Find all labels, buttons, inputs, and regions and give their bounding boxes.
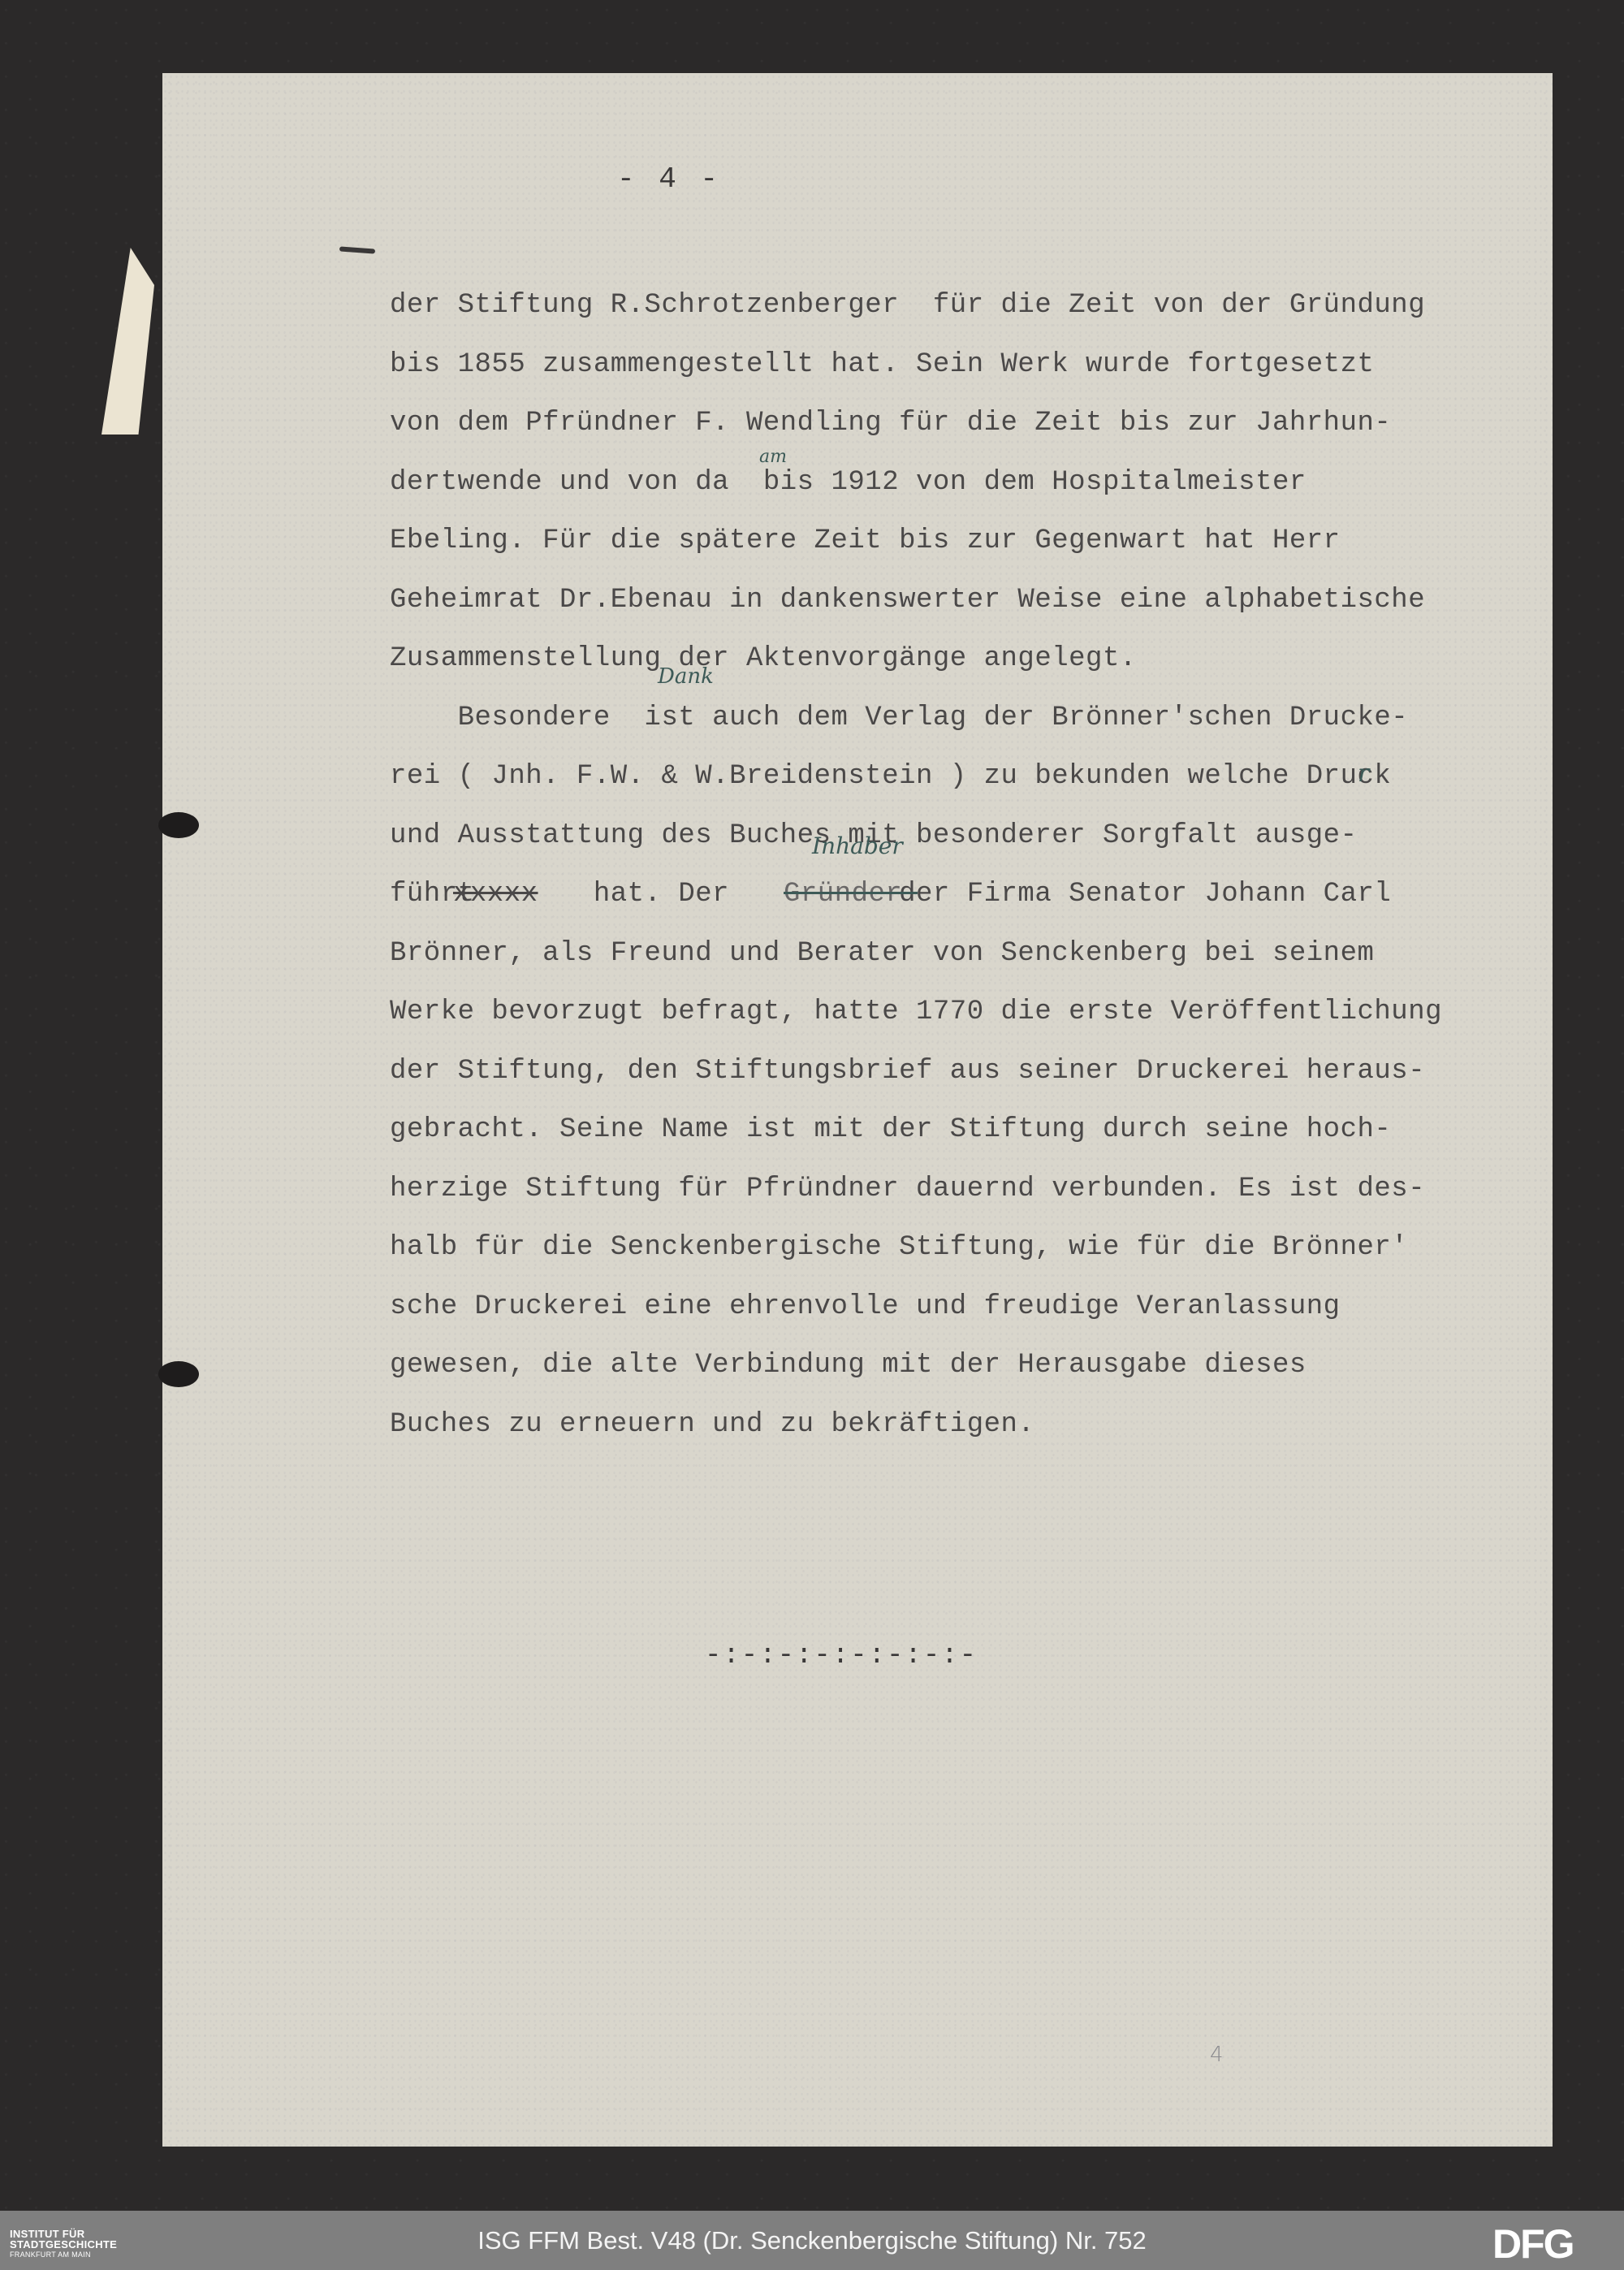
handwritten-insertion-dank: Dank: [658, 664, 714, 689]
handwritten-insertion-inhaber: Inhaber: [812, 832, 903, 859]
text-line: Ebeling. Für die spätere Zeit bis zur Ge…: [390, 512, 1567, 571]
text-line: herzige Stiftung für Pfründner dauernd v…: [390, 1160, 1567, 1219]
text-line: Brönner, als Freund und Berater von Senc…: [390, 924, 1567, 984]
punch-hole-upper: [158, 812, 199, 838]
text-line: gewesen, die alte Verbindung mit der Her…: [390, 1336, 1567, 1395]
handwritten-insertion-am: am: [759, 447, 787, 467]
text-line: führt hat. Der der Firma Senator Johann …: [390, 865, 1567, 924]
text-line: Zusammenstellung der Aktenvorgänge angel…: [390, 629, 1567, 689]
text-line: und Ausstattung des Buches mit besondere…: [390, 806, 1567, 866]
text-line: von dem Pfründner F. Wendling für die Ze…: [390, 394, 1567, 453]
text-line: der Stiftung R.Schrotzenberger für die Z…: [390, 276, 1567, 335]
text-line: halb für die Senckenbergische Stiftung, …: [390, 1218, 1567, 1278]
archive-footer-bar: INSTITUT FÜR STADTGESCHICHTE FRANKFURT A…: [0, 2211, 1624, 2270]
struck-typed-word: xxxxx: [453, 865, 538, 924]
text-line: der Stiftung, den Stiftungsbrief aus sei…: [390, 1042, 1567, 1101]
dfg-logo: DFG: [1492, 2224, 1574, 2264]
text-line: bis 1855 zusammengestellt hat. Sein Werk…: [390, 335, 1567, 395]
text-line: Geheimrat Dr.Ebenau in dankenswerter Wei…: [390, 571, 1567, 630]
typed-body-text: der Stiftung R.Schrotzenberger für die Z…: [390, 276, 1567, 1454]
text-line: rei ( Jnh. F.W. & W.Breidenstein ) zu be…: [390, 747, 1567, 806]
pencil-folio-number: 4: [1210, 2043, 1224, 2067]
handwritten-correction-r: r: [1358, 759, 1369, 788]
text-line: dertwende und von da bis 1912 von dem Ho…: [390, 453, 1567, 512]
text-line: Besondere ist auch dem Verlag der Brönne…: [390, 689, 1567, 748]
text-line: Buches zu erneuern und zu bekräftigen.: [390, 1395, 1567, 1455]
text-line: sche Druckerei eine ehrenvolle und freud…: [390, 1278, 1567, 1337]
closing-separator: -:-:-:-:-:-:-:-: [705, 1641, 978, 1671]
page-number: - 4 -: [617, 162, 721, 196]
punch-hole-lower: [158, 1361, 199, 1387]
archive-reference-title: ISG FFM Best. V48 (Dr. Senckenbergische …: [0, 2226, 1624, 2255]
handwritten-strikethrough: [784, 892, 918, 894]
text-line: gebracht. Seine Name ist mit der Stiftun…: [390, 1100, 1567, 1160]
struck-typed-word: Gründer: [784, 865, 902, 924]
text-line: Werke bevorzugt befragt, hatte 1770 die …: [390, 983, 1567, 1042]
